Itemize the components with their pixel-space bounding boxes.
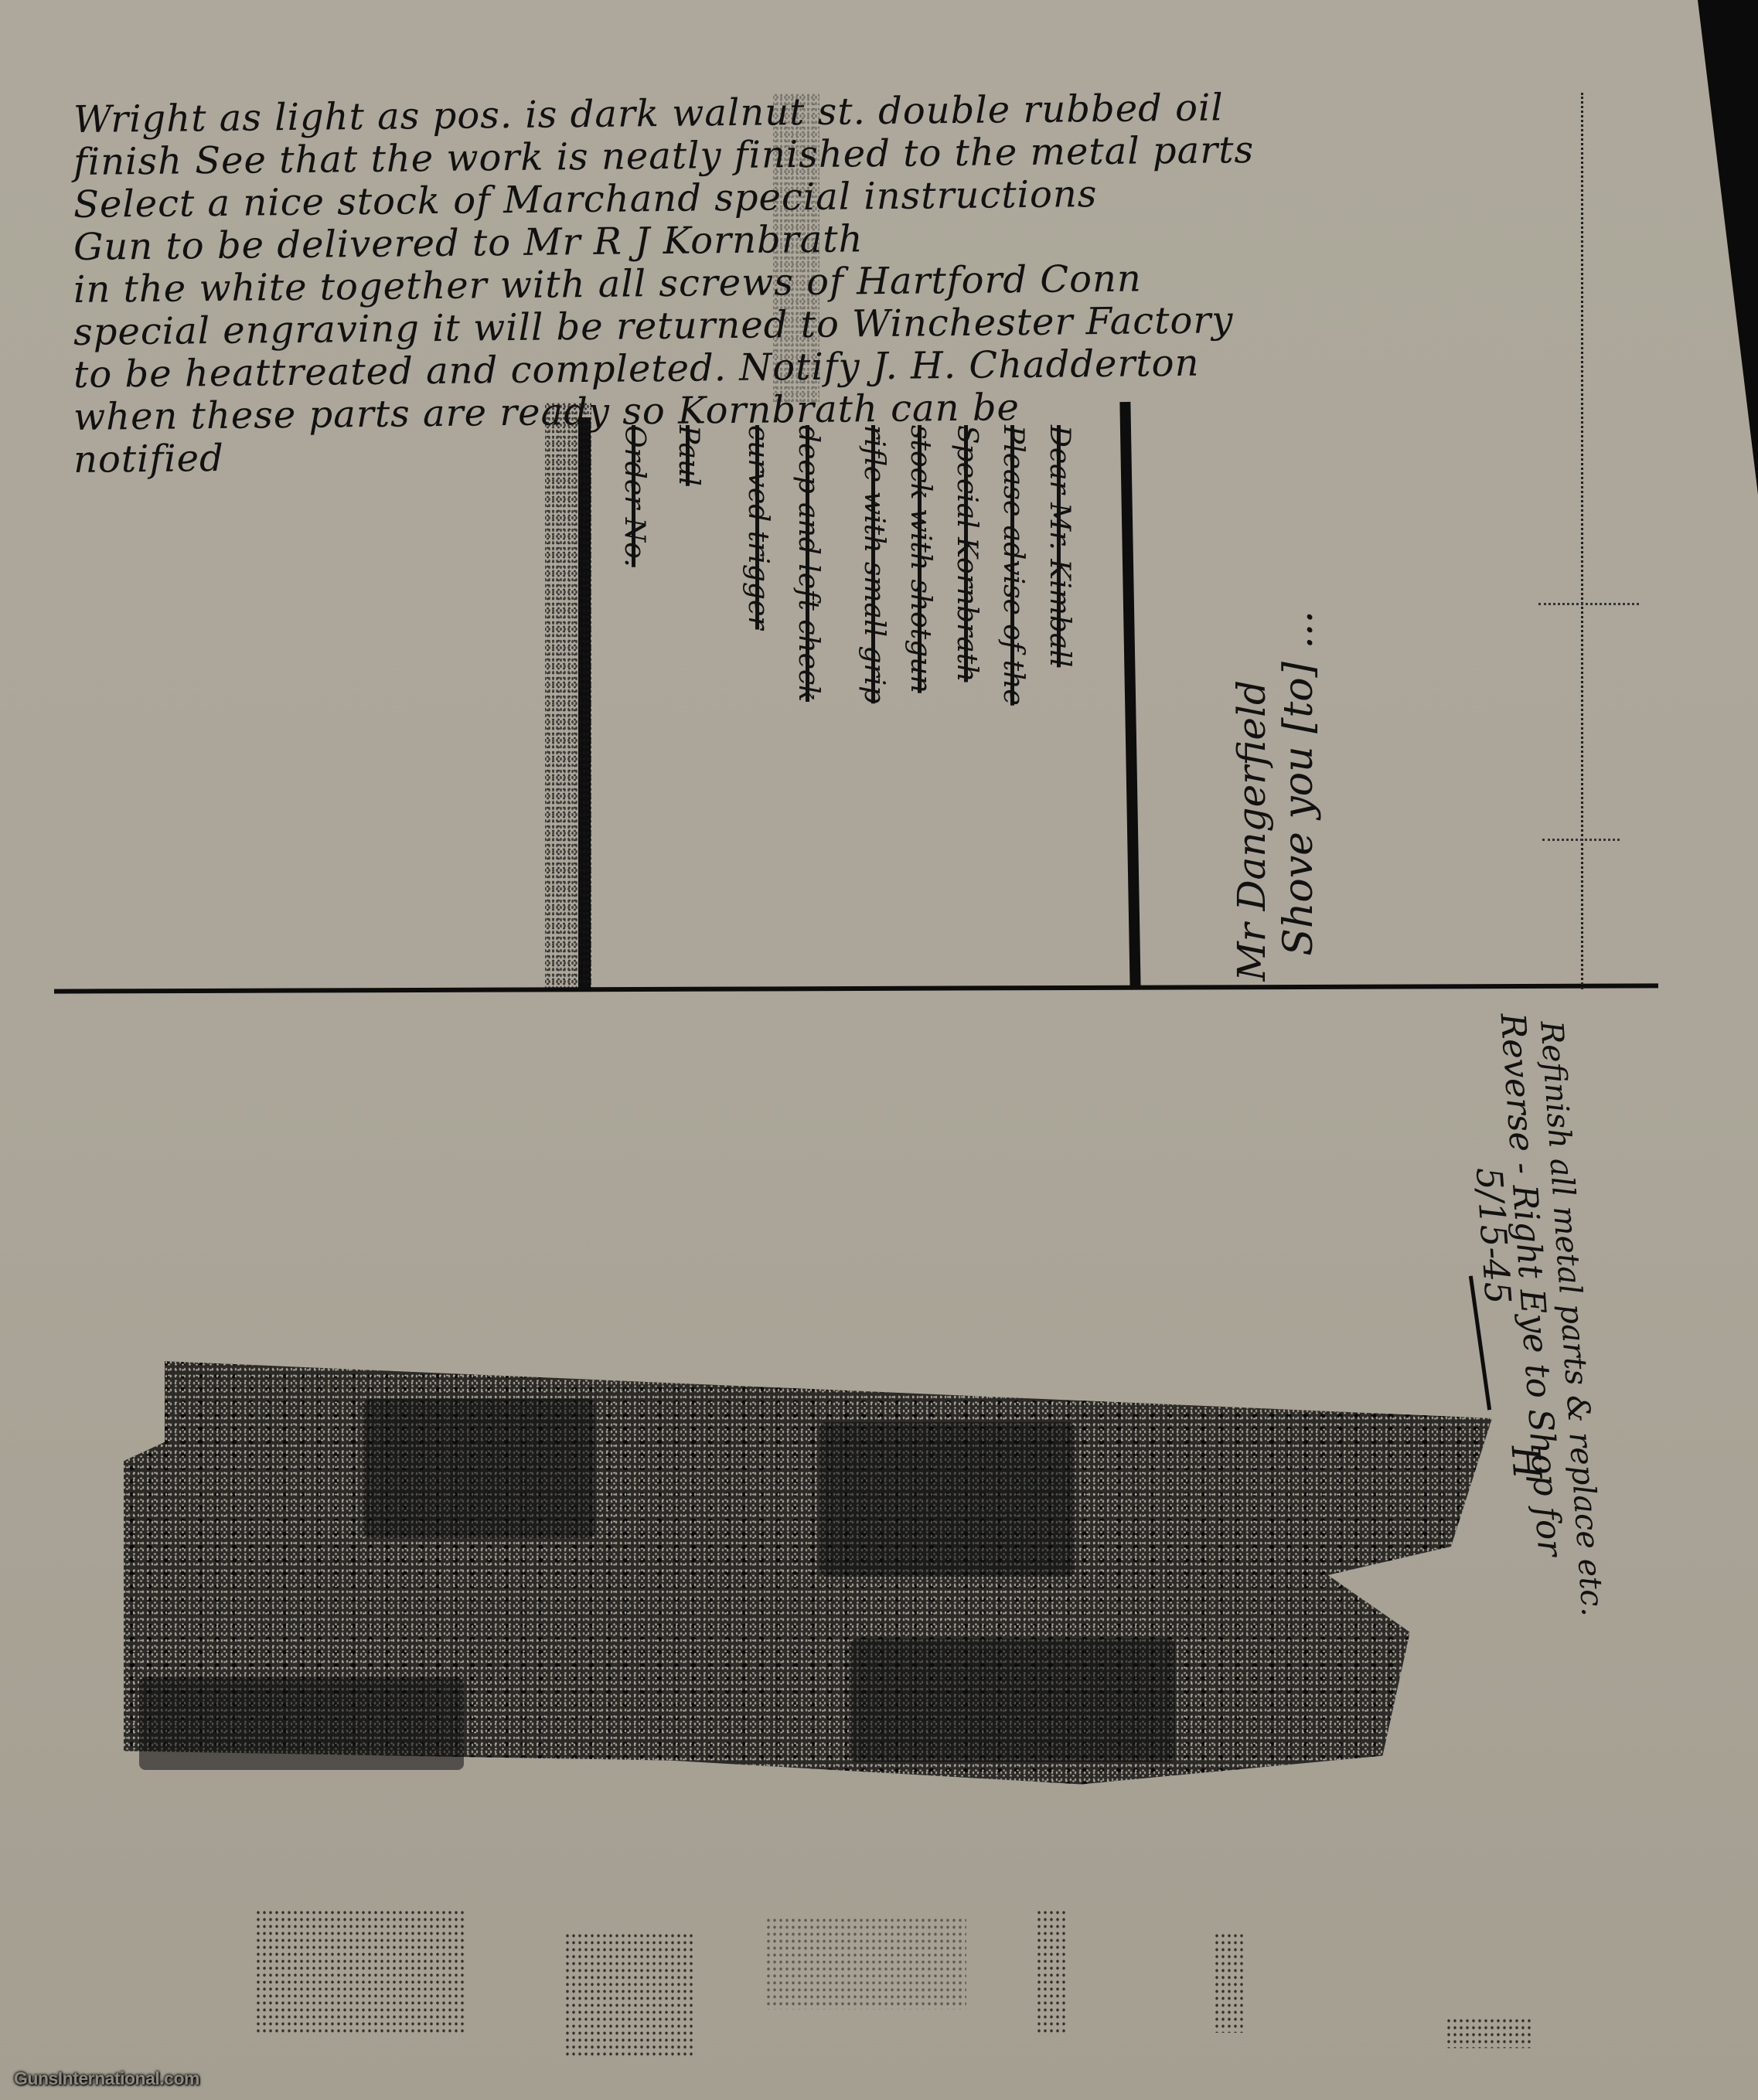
page-edge-line: [1581, 93, 1583, 989]
struck-line: Paul: [673, 425, 704, 486]
struck-line: Dear Mr. Kimball: [1044, 425, 1075, 667]
page-edge-tick: [1538, 603, 1639, 605]
faint-imprint-marks: [224, 1886, 1538, 2071]
toner-smudge: [545, 402, 591, 989]
toner-smudge: [773, 93, 819, 402]
struck-line: Order No.: [618, 425, 649, 567]
struck-through-section: Dear Mr. Kimball Please advise of the Sp…: [588, 402, 1191, 989]
vertical-note-line-1: Shove you [to] ...: [1276, 611, 1322, 956]
struck-line: rifle with small grip: [858, 425, 889, 703]
struck-line: Please advise of the: [997, 425, 1028, 706]
imprint-dark-area: [139, 1677, 464, 1770]
margin-note-initials: H: [1503, 1444, 1550, 1481]
struck-line: stock with shotgun: [905, 425, 935, 693]
struck-line: curved trigger: [742, 425, 773, 629]
vertical-note-line-2: Mr Dangerfield: [1229, 680, 1274, 982]
struck-line: Special Kornbrath: [951, 425, 982, 682]
imprint-dark-area: [819, 1422, 1075, 1577]
imprint-dark-area: [850, 1639, 1175, 1762]
imprint-dark-area: [363, 1399, 595, 1538]
struck-line: deep and left check: [792, 425, 823, 702]
page-edge-tick: [1542, 839, 1620, 841]
site-watermark: GunsInternational.com: [14, 2068, 199, 2089]
